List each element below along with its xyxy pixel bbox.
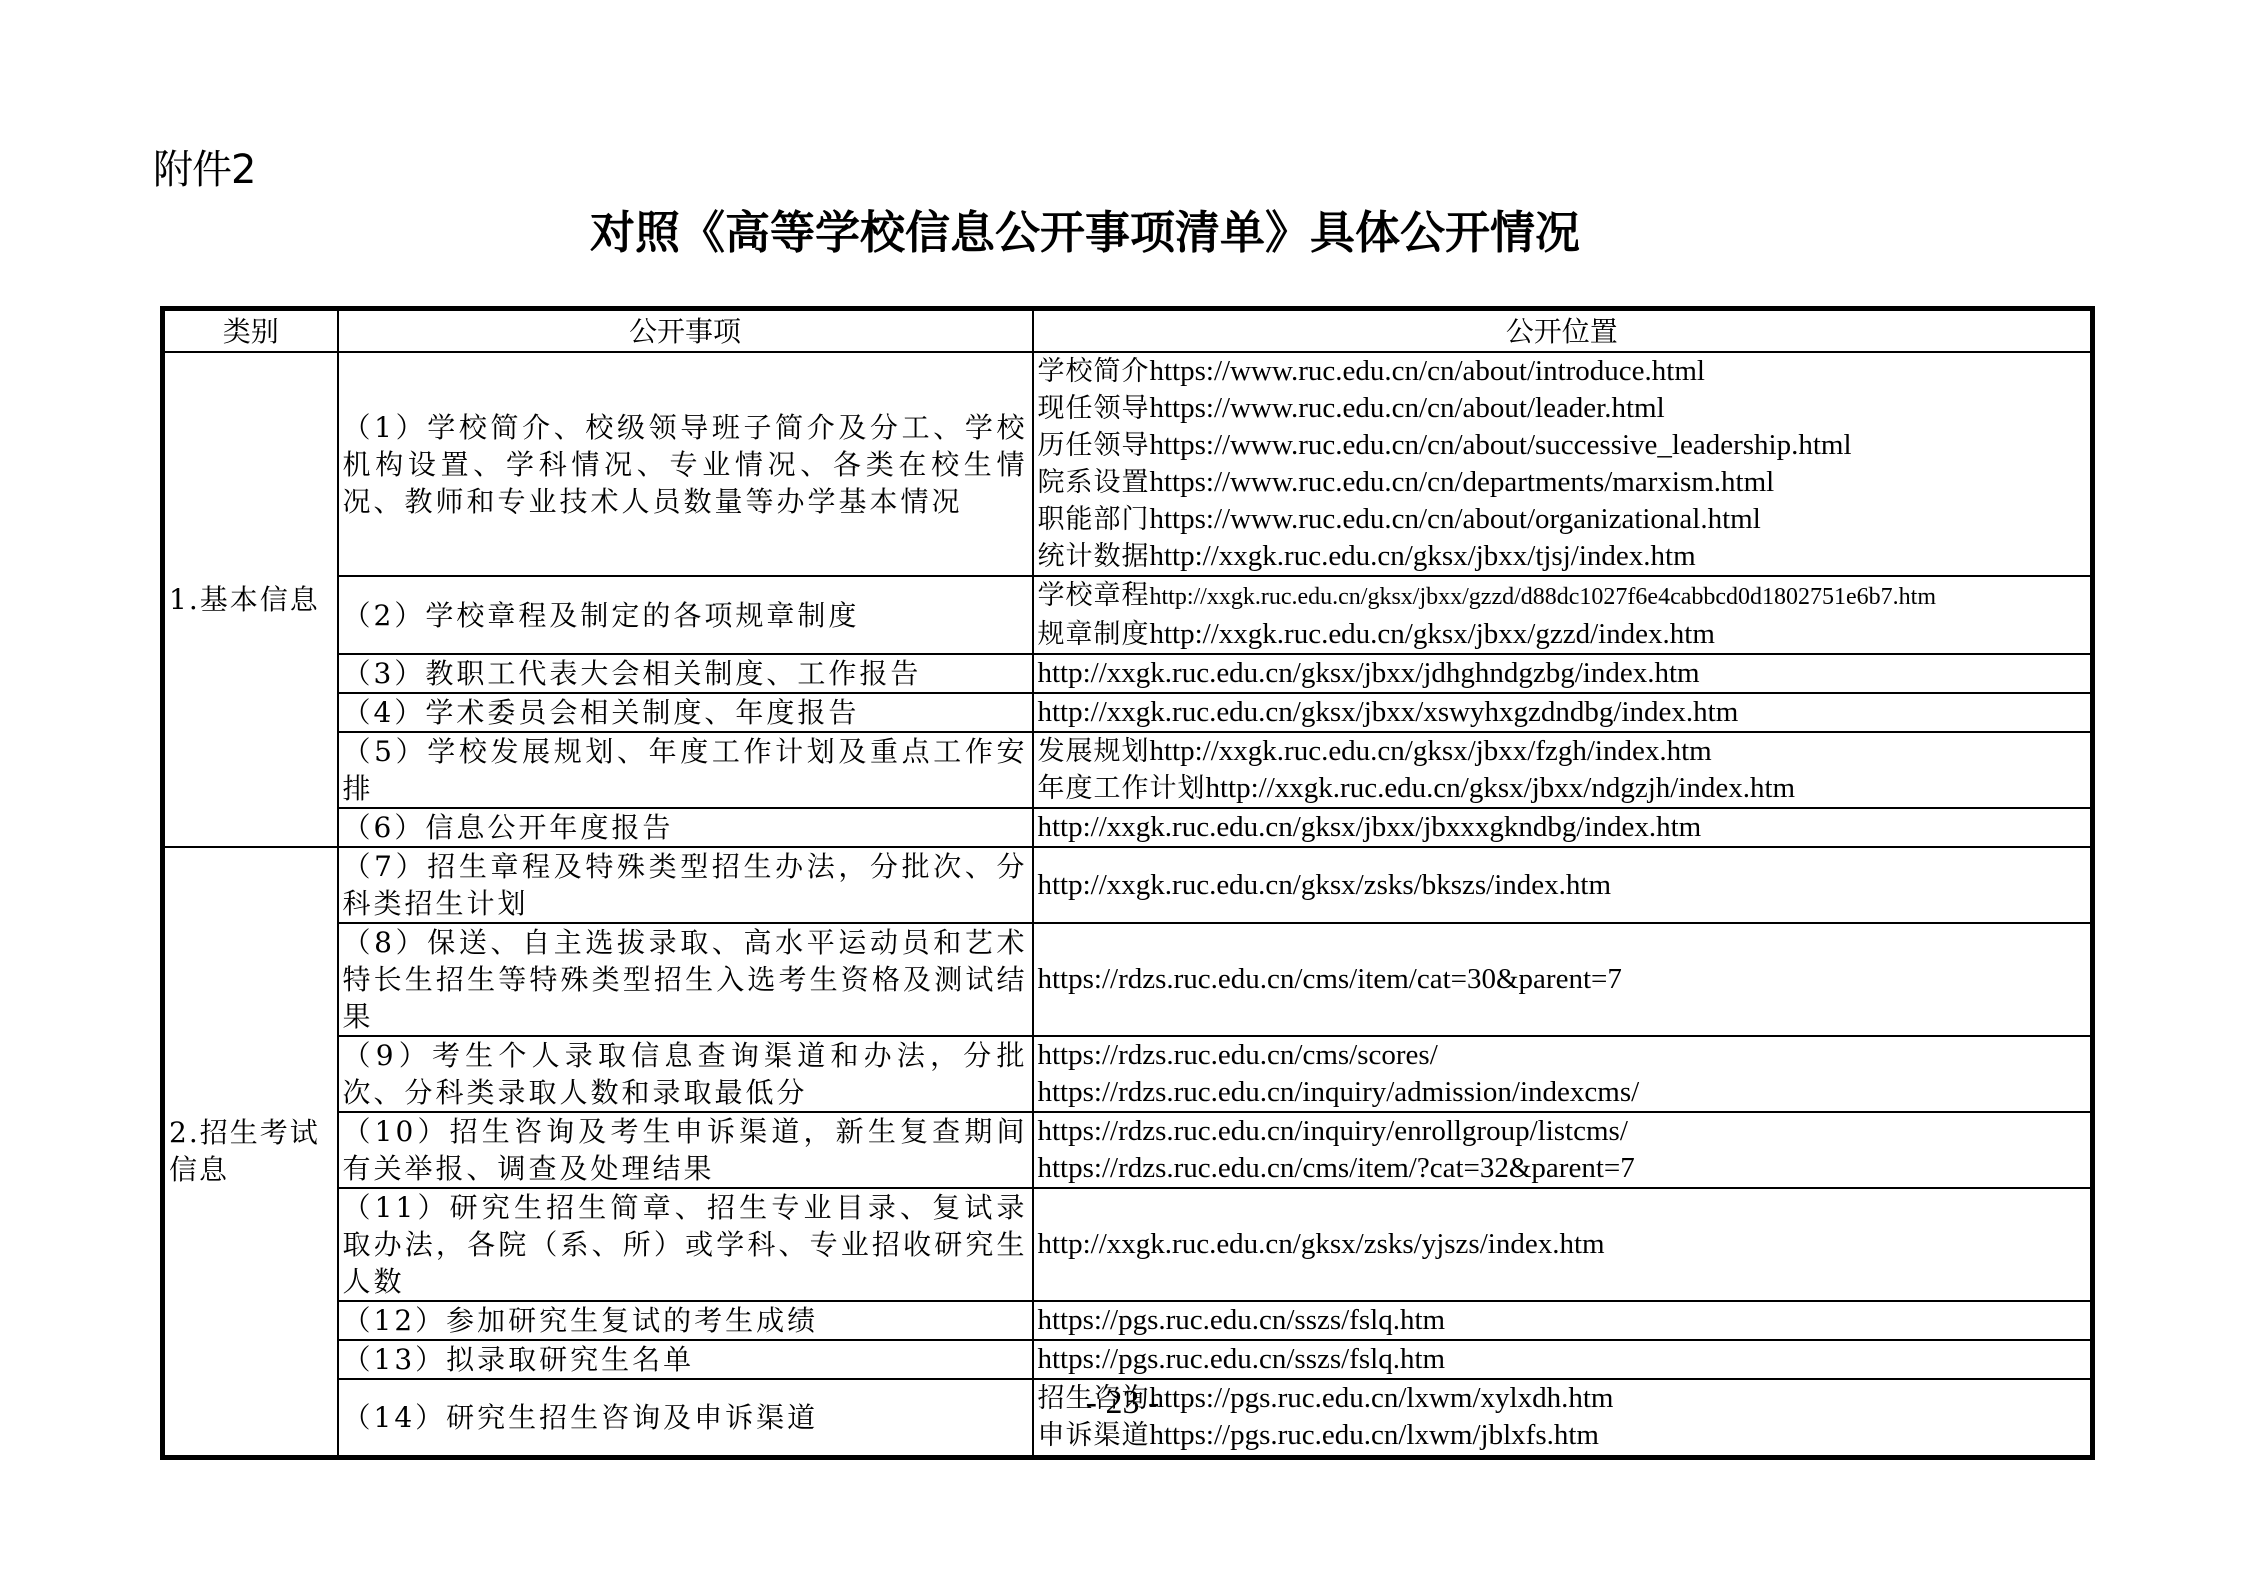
table-row: （12）参加研究生复试的考生成绩 https://pgs.ruc.edu.cn/… — [163, 1301, 2093, 1340]
location-line: http://xxgk.ruc.edu.cn/gksx/zsks/bkszs/i… — [1038, 867, 2087, 904]
location-line: 学校简介https://www.ruc.edu.cn/cn/about/intr… — [1038, 353, 2087, 390]
location-link[interactable]: https://pgs.ruc.edu.cn/sszs/fslq.htm — [1038, 1304, 1446, 1336]
document-title: 对照《高等学校信息公开事项清单》具体公开情况 — [590, 204, 1670, 262]
item-cell: （4）学术委员会相关制度、年度报告 — [338, 693, 1033, 732]
header-category: 类别 — [163, 309, 338, 353]
location-cell: 学校简介https://www.ruc.edu.cn/cn/about/intr… — [1033, 352, 2093, 576]
table-row: （10）招生咨询及考生申诉渠道，新生复查期间有关举报、调查及处理结果 https… — [163, 1112, 2093, 1188]
location-cell: https://pgs.ruc.edu.cn/sszs/fslq.htm — [1033, 1340, 2093, 1379]
location-cell: https://rdzs.ruc.edu.cn/cms/item/cat=30&… — [1033, 923, 2093, 1036]
location-link[interactable]: http://xxgk.ruc.edu.cn/gksx/jbxx/gzzd/d8… — [1150, 584, 1937, 610]
category-cell: 2.招生考试信息 — [163, 847, 338, 1457]
header-item: 公开事项 — [338, 309, 1033, 353]
table-row: （6）信息公开年度报告 http://xxgk.ruc.edu.cn/gksx/… — [163, 808, 2093, 847]
location-label: 规章制度 — [1038, 619, 1150, 650]
table-row: （4）学术委员会相关制度、年度报告 http://xxgk.ruc.edu.cn… — [163, 693, 2093, 732]
location-label: 学校章程 — [1038, 580, 1150, 611]
location-cell: 发展规划http://xxgk.ruc.edu.cn/gksx/jbxx/fzg… — [1033, 732, 2093, 808]
location-link[interactable]: http://xxgk.ruc.edu.cn/gksx/jbxx/xswyhxg… — [1038, 696, 1739, 728]
location-line: 年度工作计划http://xxgk.ruc.edu.cn/gksx/jbxx/n… — [1038, 770, 2087, 807]
location-cell: https://rdzs.ruc.edu.cn/inquiry/enrollgr… — [1033, 1112, 2093, 1188]
location-link[interactable]: https://rdzs.ruc.edu.cn/cms/scores/ — [1038, 1039, 1438, 1071]
table-row: （8）保送、自主选拔录取、高水平运动员和艺术特长生招生等特殊类型招生入选考生资格… — [163, 923, 2093, 1036]
location-line: 院系设置https://www.ruc.edu.cn/cn/department… — [1038, 464, 2087, 501]
location-line: https://rdzs.ruc.edu.cn/cms/scores/ — [1038, 1037, 2087, 1074]
item-cell: （12）参加研究生复试的考生成绩 — [338, 1301, 1033, 1340]
location-line: https://rdzs.ruc.edu.cn/inquiry/enrollgr… — [1038, 1113, 2087, 1150]
location-link[interactable]: http://xxgk.ruc.edu.cn/gksx/jbxx/ndgzjh/… — [1206, 772, 1796, 804]
location-link[interactable]: https://rdzs.ruc.edu.cn/inquiry/admissio… — [1038, 1076, 1640, 1108]
location-link[interactable]: https://pgs.ruc.edu.cn/sszs/fslq.htm — [1038, 1343, 1446, 1375]
item-cell: （9）考生个人录取信息查询渠道和办法，分批次、分科类录取人数和录取最低分 — [338, 1036, 1033, 1112]
location-label: 职能部门 — [1038, 504, 1150, 535]
location-label: 年度工作计划 — [1038, 773, 1206, 804]
page-number: - 23 - — [0, 1383, 2245, 1423]
location-line: 规章制度http://xxgk.ruc.edu.cn/gksx/jbxx/gzz… — [1038, 616, 2087, 653]
location-link[interactable]: https://www.ruc.edu.cn/cn/departments/ma… — [1150, 466, 1775, 498]
table-row: 1.基本信息 （1）学校简介、校级领导班子简介及分工、学校机构设置、学科情况、专… — [163, 352, 2093, 576]
location-link[interactable]: https://www.ruc.edu.cn/cn/about/leader.h… — [1150, 392, 1665, 424]
location-link[interactable]: http://xxgk.ruc.edu.cn/gksx/jbxx/fzgh/in… — [1150, 735, 1712, 767]
location-cell: http://xxgk.ruc.edu.cn/gksx/jbxx/jbxxxgk… — [1033, 808, 2093, 847]
location-label: 历任领导 — [1038, 430, 1150, 461]
location-cell: http://xxgk.ruc.edu.cn/gksx/jbxx/jdhghnd… — [1033, 654, 2093, 693]
location-line: http://xxgk.ruc.edu.cn/gksx/jbxx/xswyhxg… — [1038, 694, 2087, 731]
disclosure-table: 类别 公开事项 公开位置 1.基本信息 （1）学校简介、校级领导班子简介及分工、… — [160, 306, 2095, 1460]
table-row: 2.招生考试信息 （7）招生章程及特殊类型招生办法，分批次、分科类招生计划 ht… — [163, 847, 2093, 923]
location-cell: 学校章程http://xxgk.ruc.edu.cn/gksx/jbxx/gzz… — [1033, 576, 2093, 654]
item-cell: （10）招生咨询及考生申诉渠道，新生复查期间有关举报、调查及处理结果 — [338, 1112, 1033, 1188]
location-link[interactable]: https://pgs.ruc.edu.cn/lxwm/jblxfs.htm — [1150, 1419, 1599, 1451]
location-link[interactable]: http://xxgk.ruc.edu.cn/gksx/jbxx/gzzd/in… — [1150, 618, 1715, 650]
table-row: （11）研究生招生简章、招生专业目录、复试录取办法，各院（系、所）或学科、专业招… — [163, 1188, 2093, 1301]
item-cell: （7）招生章程及特殊类型招生办法，分批次、分科类招生计划 — [338, 847, 1033, 923]
location-line: 职能部门https://www.ruc.edu.cn/cn/about/orga… — [1038, 501, 2087, 538]
location-cell: http://xxgk.ruc.edu.cn/gksx/jbxx/xswyhxg… — [1033, 693, 2093, 732]
location-line: https://pgs.ruc.edu.cn/sszs/fslq.htm — [1038, 1302, 2087, 1339]
location-line: https://rdzs.ruc.edu.cn/inquiry/admissio… — [1038, 1074, 2087, 1111]
location-line: 学校章程http://xxgk.ruc.edu.cn/gksx/jbxx/gzz… — [1038, 577, 2087, 616]
category-cell: 1.基本信息 — [163, 352, 338, 847]
location-line: 历任领导https://www.ruc.edu.cn/cn/about/succ… — [1038, 427, 2087, 464]
location-line: http://xxgk.ruc.edu.cn/gksx/zsks/yjszs/i… — [1038, 1226, 2087, 1263]
location-label: 现任领导 — [1038, 393, 1150, 424]
location-line: https://rdzs.ruc.edu.cn/cms/item/cat=30&… — [1038, 961, 2087, 998]
location-cell: https://rdzs.ruc.edu.cn/cms/scores/ http… — [1033, 1036, 2093, 1112]
location-link[interactable]: https://www.ruc.edu.cn/cn/about/organiza… — [1150, 503, 1761, 535]
location-link[interactable]: https://rdzs.ruc.edu.cn/cms/item/?cat=32… — [1038, 1152, 1635, 1184]
table-row: （9）考生个人录取信息查询渠道和办法，分批次、分科类录取人数和录取最低分 htt… — [163, 1036, 2093, 1112]
location-label: 院系设置 — [1038, 467, 1150, 498]
location-link[interactable]: https://rdzs.ruc.edu.cn/inquiry/enrollgr… — [1038, 1115, 1628, 1147]
table-row: （5）学校发展规划、年度工作计划及重点工作安排 发展规划http://xxgk.… — [163, 732, 2093, 808]
location-line: https://pgs.ruc.edu.cn/sszs/fslq.htm — [1038, 1341, 2087, 1378]
location-link[interactable]: http://xxgk.ruc.edu.cn/gksx/zsks/bkszs/i… — [1038, 869, 1612, 901]
item-cell: （5）学校发展规划、年度工作计划及重点工作安排 — [338, 732, 1033, 808]
item-cell: （3）教职工代表大会相关制度、工作报告 — [338, 654, 1033, 693]
location-link[interactable]: http://xxgk.ruc.edu.cn/gksx/jbxx/jdhghnd… — [1038, 657, 1700, 689]
location-line: https://rdzs.ruc.edu.cn/cms/item/?cat=32… — [1038, 1150, 2087, 1187]
location-link[interactable]: http://xxgk.ruc.edu.cn/gksx/jbxx/tjsj/in… — [1150, 540, 1696, 572]
item-cell: （1）学校简介、校级领导班子简介及分工、学校机构设置、学科情况、专业情况、各类在… — [338, 352, 1033, 576]
location-link[interactable]: https://rdzs.ruc.edu.cn/cms/item/cat=30&… — [1038, 963, 1622, 995]
item-cell: （11）研究生招生简章、招生专业目录、复试录取办法，各院（系、所）或学科、专业招… — [338, 1188, 1033, 1301]
table-row: （2）学校章程及制定的各项规章制度 学校章程http://xxgk.ruc.ed… — [163, 576, 2093, 654]
location-line: http://xxgk.ruc.edu.cn/gksx/jbxx/jdhghnd… — [1038, 655, 2087, 692]
location-cell: http://xxgk.ruc.edu.cn/gksx/zsks/bkszs/i… — [1033, 847, 2093, 923]
location-cell: https://pgs.ruc.edu.cn/sszs/fslq.htm — [1033, 1301, 2093, 1340]
location-cell: http://xxgk.ruc.edu.cn/gksx/zsks/yjszs/i… — [1033, 1188, 2093, 1301]
location-link[interactable]: https://www.ruc.edu.cn/cn/about/introduc… — [1150, 355, 1705, 387]
location-link[interactable]: http://xxgk.ruc.edu.cn/gksx/jbxx/jbxxxgk… — [1038, 811, 1702, 843]
location-link[interactable]: https://www.ruc.edu.cn/cn/about/successi… — [1150, 429, 1852, 461]
location-link[interactable]: http://xxgk.ruc.edu.cn/gksx/zsks/yjszs/i… — [1038, 1228, 1605, 1260]
location-line: 发展规划http://xxgk.ruc.edu.cn/gksx/jbxx/fzg… — [1038, 733, 2087, 770]
location-label: 申诉渠道 — [1038, 1420, 1150, 1451]
table-row: （3）教职工代表大会相关制度、工作报告 http://xxgk.ruc.edu.… — [163, 654, 2093, 693]
item-cell: （13）拟录取研究生名单 — [338, 1340, 1033, 1379]
location-line: http://xxgk.ruc.edu.cn/gksx/jbxx/jbxxxgk… — [1038, 809, 2087, 846]
item-cell: （8）保送、自主选拔录取、高水平运动员和艺术特长生招生等特殊类型招生入选考生资格… — [338, 923, 1033, 1036]
item-cell: （6）信息公开年度报告 — [338, 808, 1033, 847]
table-header-row: 类别 公开事项 公开位置 — [163, 309, 2093, 353]
header-location: 公开位置 — [1033, 309, 2093, 353]
item-cell: （2）学校章程及制定的各项规章制度 — [338, 576, 1033, 654]
attachment-label: 附件2 — [153, 146, 255, 194]
table-row: （13）拟录取研究生名单 https://pgs.ruc.edu.cn/sszs… — [163, 1340, 2093, 1379]
location-label: 统计数据 — [1038, 541, 1150, 572]
location-label: 发展规划 — [1038, 736, 1150, 767]
location-label: 学校简介 — [1038, 356, 1150, 387]
location-line: 统计数据http://xxgk.ruc.edu.cn/gksx/jbxx/tjs… — [1038, 538, 2087, 575]
location-line: 现任领导https://www.ruc.edu.cn/cn/about/lead… — [1038, 390, 2087, 427]
